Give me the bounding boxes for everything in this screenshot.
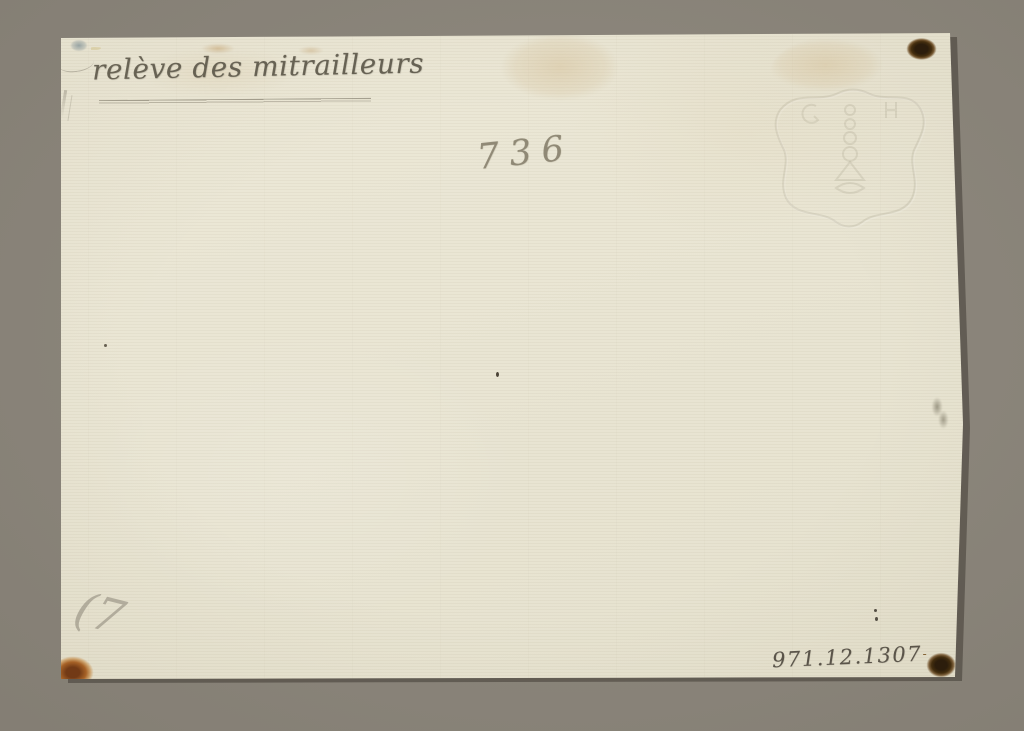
blind-embossed-stamp bbox=[762, 76, 934, 238]
tiny-speck bbox=[104, 344, 107, 347]
pencil-dot bbox=[874, 609, 877, 612]
rust-stain-bottom-left bbox=[53, 653, 97, 680]
handwritten-title-note: relève des mitrailleurs bbox=[92, 47, 425, 87]
handwritten-corner-note: (7 bbox=[67, 582, 131, 644]
paper-sheet-verso: relève des mitrailleurs 736 971.12.1307 … bbox=[0, 0, 1024, 731]
photograph-backdrop: relève des mitrailleurs 736 971.12.1307 … bbox=[0, 0, 1024, 731]
tan-stain-top-center bbox=[497, 32, 623, 110]
pencil-scribble bbox=[60, 90, 67, 118]
pencil-dot bbox=[875, 617, 878, 621]
ink-blot-bottom-right bbox=[922, 648, 959, 679]
gray-smudge-right-edge bbox=[928, 394, 952, 434]
blue-gray-spot-top-left bbox=[69, 38, 91, 53]
pencil-scribble bbox=[57, 52, 95, 75]
handwritten-inventory-number: 971.12.1307 bbox=[772, 642, 923, 673]
handwritten-center-number: 736 bbox=[475, 128, 575, 178]
ink-blot-top-right bbox=[903, 36, 940, 63]
tiny-speck bbox=[496, 372, 499, 377]
